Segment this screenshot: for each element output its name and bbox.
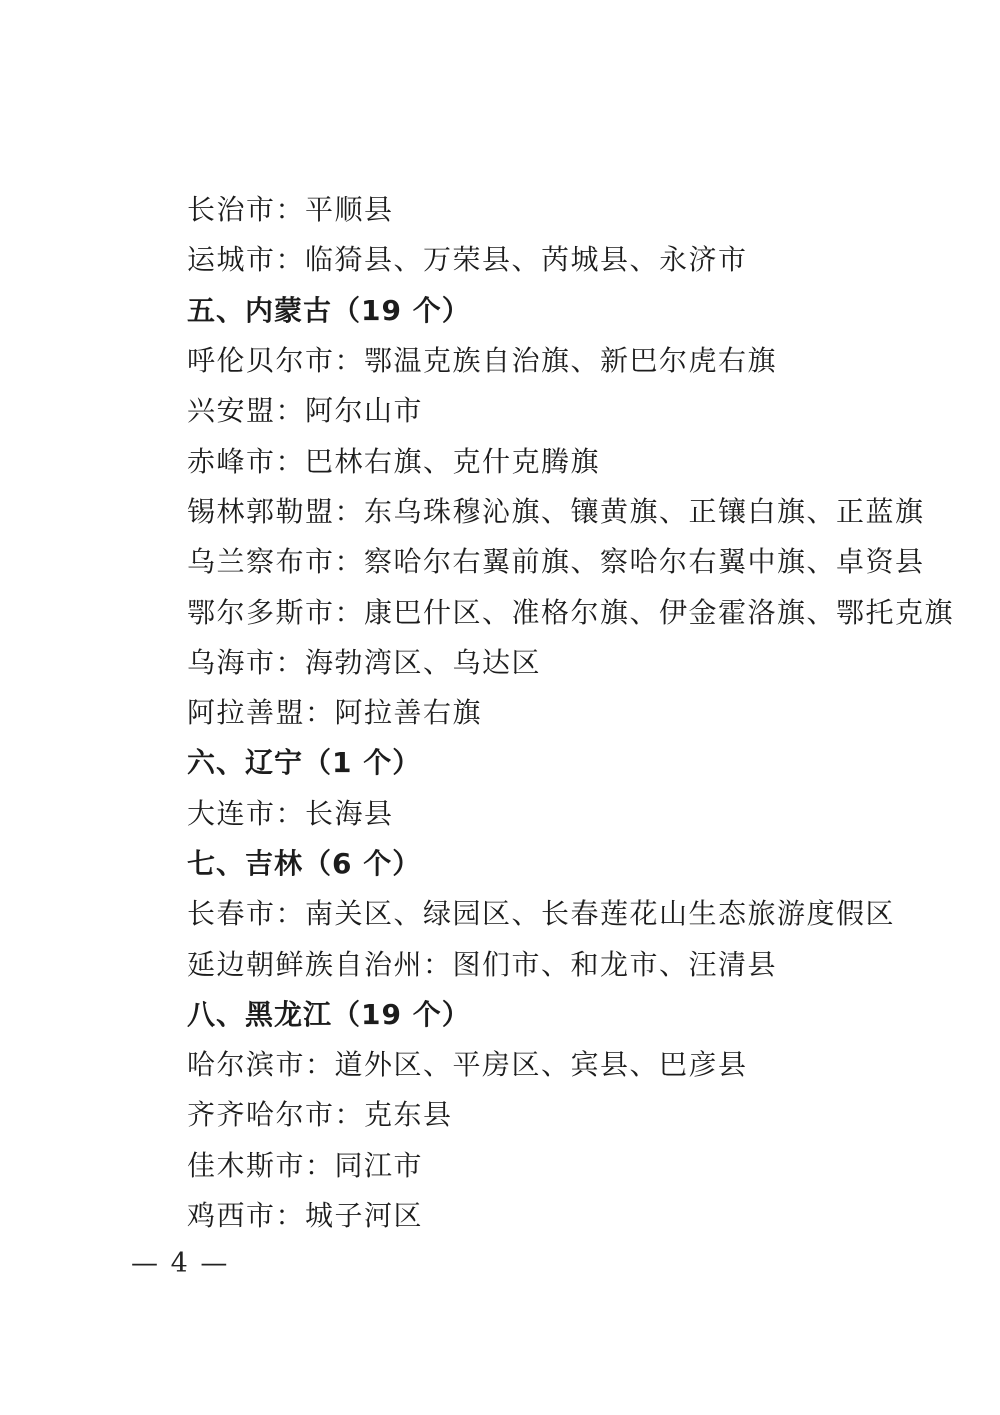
page-number: — 4 — [131, 1248, 229, 1279]
region-entry: 阿拉善盟：阿拉善右旗 [187, 686, 927, 736]
region-entry: 长治市：平顺县 [187, 183, 927, 233]
region-entry: 齐齐哈尔市：克东县 [187, 1088, 927, 1138]
section-heading: 七、吉林（6 个） [187, 837, 927, 887]
region-entry: 长春市：南关区、绿园区、长春莲花山生态旅游度假区 [187, 887, 927, 937]
region-entry: 乌海市：海勃湾区、乌达区 [187, 636, 927, 686]
region-entry: 锡林郭勒盟：东乌珠穆沁旗、镶黄旗、正镶白旗、正蓝旗 [187, 485, 927, 535]
region-entry: 兴安盟：阿尔山市 [187, 384, 927, 434]
region-entry: 乌兰察布市：察哈尔右翼前旗、察哈尔右翼中旗、卓资县 [187, 535, 927, 585]
region-entry: 赤峰市：巴林右旗、克什克腾旗 [187, 434, 927, 484]
region-entry: 鸡西市：城子河区 [187, 1189, 927, 1239]
section-heading: 六、辽宁（1 个） [187, 736, 927, 786]
region-entry: 鄂尔多斯市：康巴什区、准格尔旗、伊金霍洛旗、鄂托克旗 [187, 585, 927, 635]
section-heading: 五、内蒙古（19 个） [187, 284, 927, 334]
region-entry: 佳木斯市：同江市 [187, 1139, 927, 1189]
region-entry: 延边朝鲜族自治州：图们市、和龙市、汪清县 [187, 937, 927, 987]
region-entry: 哈尔滨市：道外区、平房区、宾县、巴彦县 [187, 1038, 927, 1088]
region-entry: 大连市：长海县 [187, 787, 927, 837]
section-heading: 八、黑龙江（19 个） [187, 988, 927, 1038]
region-entry: 呼伦贝尔市：鄂温克族自治旗、新巴尔虎右旗 [187, 334, 927, 384]
document-page: 长治市：平顺县 运城市：临猗县、万荣县、芮城县、永济市 五、内蒙古（19 个） … [0, 0, 1000, 1415]
document-body: 长治市：平顺县 运城市：临猗县、万荣县、芮城县、永济市 五、内蒙古（19 个） … [187, 183, 927, 1239]
region-entry: 运城市：临猗县、万荣县、芮城县、永济市 [187, 233, 927, 283]
